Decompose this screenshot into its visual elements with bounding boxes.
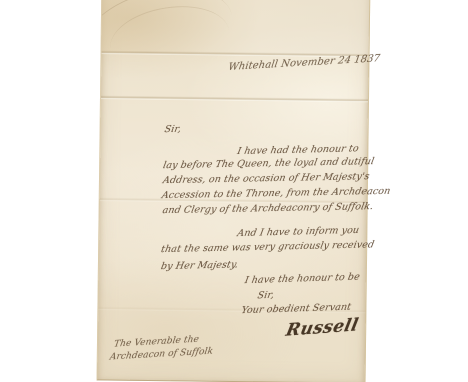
letter-salutation: Sir, <box>164 124 183 135</box>
body-line: and Clergy of the Archdeaconry of Suffol… <box>162 201 375 216</box>
closing-line: Sir, <box>257 290 275 302</box>
body-line: I have had the honour to <box>236 143 359 157</box>
body-line: Accession to the Throne, from the Archde… <box>161 186 392 201</box>
scanned-letter-photo: Whitehall November 24 1837 Sir, I have h… <box>0 0 468 382</box>
paper-wrinkle <box>249 0 370 19</box>
paper-top-flap <box>102 0 370 56</box>
body-line: Address, on the occasion of Her Majesty'… <box>162 171 371 186</box>
body-line: that the same was very graciously receiv… <box>160 239 375 255</box>
letter-paper: Whitehall November 24 1837 Sir, I have h… <box>97 0 371 382</box>
body-line: lay before The Queen, the loyal and duti… <box>162 156 375 171</box>
closing-line: Your obedient Servant <box>240 302 352 317</box>
body-line: by Her Majesty. <box>160 259 239 272</box>
closing-line: I have the honour to be <box>244 271 361 286</box>
body-line: And I have to inform you <box>236 225 360 239</box>
paper-fold-crease <box>101 95 368 102</box>
signature: Russell <box>284 315 360 341</box>
